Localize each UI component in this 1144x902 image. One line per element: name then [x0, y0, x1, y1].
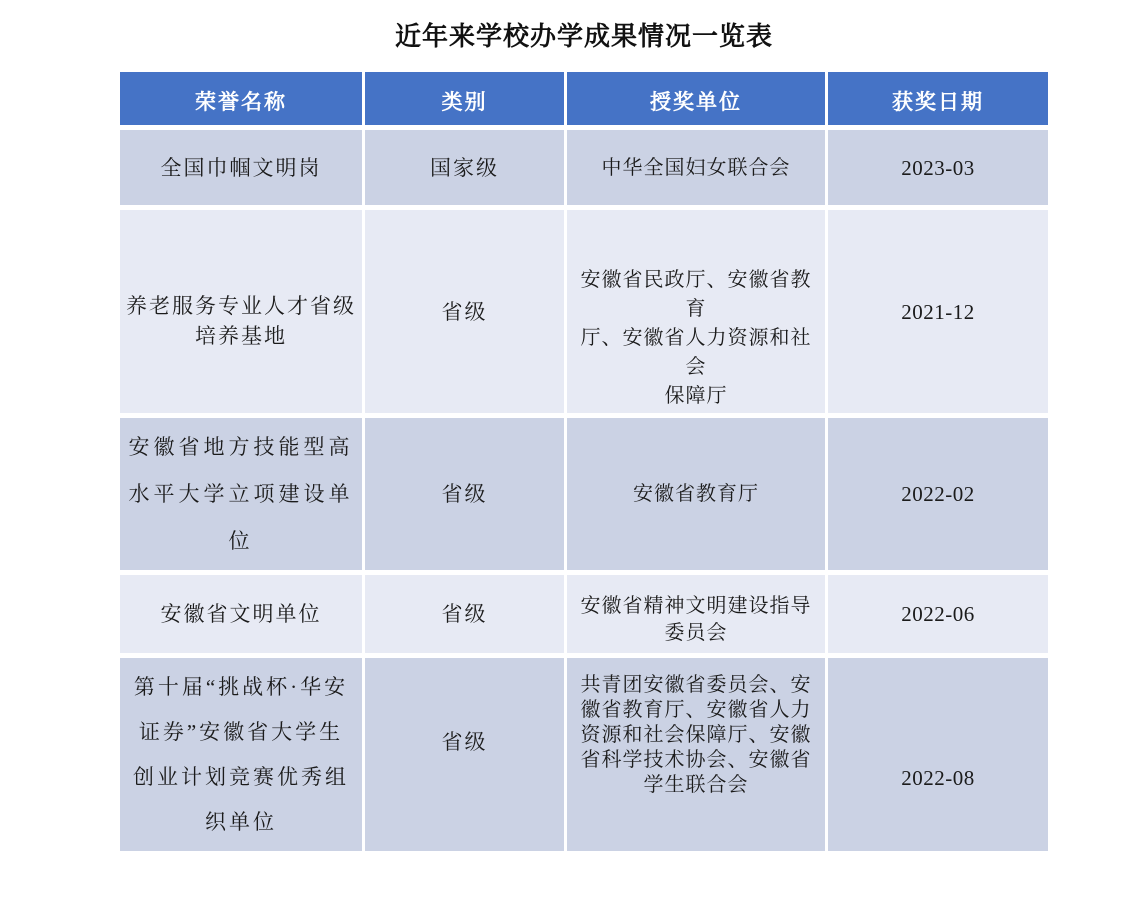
cell-category: 省级 [365, 210, 567, 418]
cell-date: 2023-03 [828, 130, 1048, 210]
cell-date: 2022-02 [828, 418, 1048, 575]
header-row: 荣誉名称 类别 授奖单位 获奖日期 [120, 72, 1048, 130]
cell-honor: 全国巾帼文明岗 [120, 130, 365, 210]
table-row: 全国巾帼文明岗 国家级 中华全国妇女联合会 2023-03 [120, 130, 1048, 210]
table-row: 养老服务专业人才省级 培养基地 省级 安徽省民政厅、安徽省教育 厅、安徽省人力资… [120, 210, 1048, 418]
cell-category: 省级 [365, 418, 567, 575]
table-row: 第十届“挑战杯·华安 证券”安徽省大学生 创业计划竞赛优秀组 织单位 省级 共青… [120, 658, 1048, 856]
cell-date: 2021-12 [828, 210, 1048, 418]
cell-honor: 第十届“挑战杯·华安 证券”安徽省大学生 创业计划竞赛优秀组 织单位 [120, 658, 365, 856]
document-page: 近年来学校办学成果情况一览表 荣誉名称 类别 授奖单位 获奖日期 全国巾帼文明岗… [120, 0, 1048, 856]
cell-honor: 安徽省地方技能型高 水平大学立项建设单 位 [120, 418, 365, 575]
cell-honor: 养老服务专业人才省级 培养基地 [120, 210, 365, 418]
column-header-category: 类别 [365, 72, 567, 130]
cell-awarder: 中华全国妇女联合会 [567, 130, 828, 210]
cell-awarder: 安徽省民政厅、安徽省教育 厅、安徽省人力资源和社会 保障厅 [567, 210, 828, 418]
cell-category: 省级 [365, 575, 567, 658]
achievements-table: 荣誉名称 类别 授奖单位 获奖日期 全国巾帼文明岗 国家级 中华全国妇女联合会 … [120, 72, 1048, 856]
cell-category: 省级 [365, 658, 567, 856]
table-row: 安徽省地方技能型高 水平大学立项建设单 位 省级 安徽省教育厅 2022-02 [120, 418, 1048, 575]
cell-honor: 安徽省文明单位 [120, 575, 365, 658]
column-header-awarder: 授奖单位 [567, 72, 828, 130]
cell-awarder: 共青团安徽省委员会、安 徽省教育厅、安徽省人力 资源和社会保障厅、安徽 省科学技… [567, 658, 828, 856]
cell-awarder: 安徽省教育厅 [567, 418, 828, 575]
column-header-honor: 荣誉名称 [120, 72, 365, 130]
cell-date: 2022-08 [828, 658, 1048, 856]
cell-awarder: 安徽省精神文明建设指导 委员会 [567, 575, 828, 658]
page-title: 近年来学校办学成果情况一览表 [120, 22, 1048, 50]
column-header-date: 获奖日期 [828, 72, 1048, 130]
cell-date: 2022-06 [828, 575, 1048, 658]
table-row: 安徽省文明单位 省级 安徽省精神文明建设指导 委员会 2022-06 [120, 575, 1048, 658]
cell-category: 国家级 [365, 130, 567, 210]
